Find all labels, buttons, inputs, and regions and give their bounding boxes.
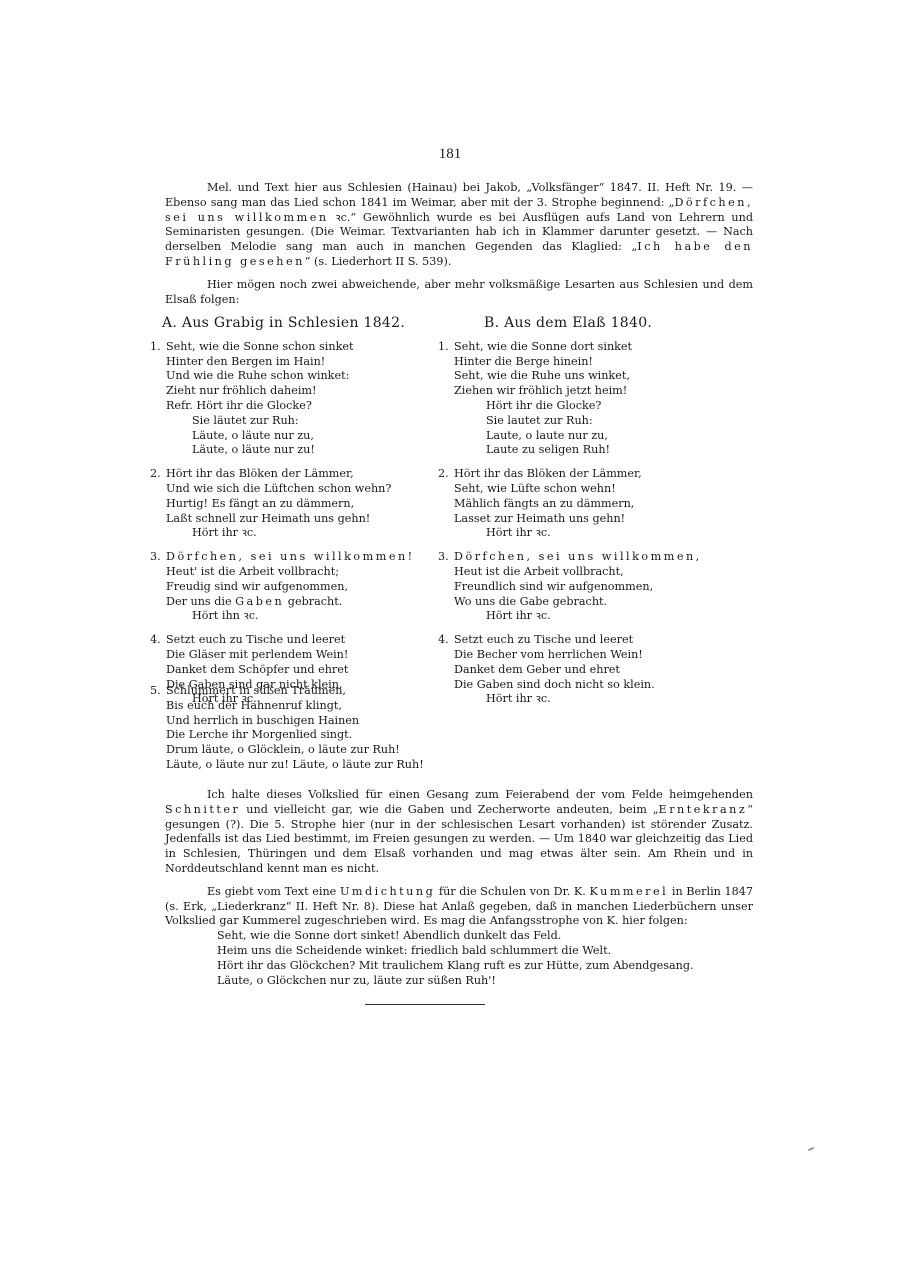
- stanza-b-3: 3.Dörfchen, sei uns willkommen, Heut ist…: [438, 550, 718, 624]
- refrain-line: Hört ihr ꝛc.: [438, 526, 718, 541]
- refrain-line: Läute, o läute nur zu!: [150, 443, 450, 458]
- verse-line: 2.Hört ihr das Blöken der Lämmer,: [150, 467, 450, 482]
- kummerel-verse: Seht, wie die Sonne dort sinket! Abendli…: [165, 929, 753, 988]
- verse-line: Seht, wie Lüfte schon wehn!: [438, 482, 718, 497]
- verse-line: 3.Dörfchen, sei uns willkommen!: [150, 550, 450, 565]
- verse-line: Heut ist die Arbeit vollbracht,: [438, 565, 718, 580]
- verse-line: Läute, o läute nur zu! Läute, o läute zu…: [150, 758, 424, 773]
- verse-line: Laßt schnell zur Heimath uns gehn!: [150, 512, 450, 527]
- page-number: 181: [0, 146, 900, 163]
- verse-line: 4.Setzt euch zu Tische und leeret: [438, 633, 718, 648]
- refrain-line: Laute zu seligen Ruh!: [438, 443, 718, 458]
- verse-line: Ziehen wir fröhlich jetzt heim!: [438, 384, 718, 399]
- verse-line: Die Gläser mit perlendem Wein!: [150, 648, 450, 663]
- outro-section: Ich halte dieses Volkslied für einen Ges…: [165, 788, 753, 988]
- stanza-a-1: 1.Seht, wie die Sonne schon sinket Hinte…: [150, 340, 450, 458]
- verse-line: Lasset zur Heimath uns gehn!: [438, 512, 718, 527]
- verse-line: Hört ihr das Glöckchen? Mit traulichem K…: [217, 959, 753, 974]
- verse-line: Heim uns die Scheidende winket: friedlic…: [217, 944, 753, 959]
- version-b-title: B. Aus dem Elaß 1840.: [438, 316, 718, 331]
- verse-line: Hurtig! Es fängt an zu dämmern,: [150, 497, 450, 512]
- section-divider: [365, 1004, 485, 1005]
- verse-line: Danket dem Geber und ehret: [438, 663, 718, 678]
- verse-line: Und herrlich in buschigen Hainen: [150, 714, 424, 729]
- refrain-line: Laute, o laute nur zu,: [438, 429, 718, 444]
- verse-line: Bis euch der Hahnenruf klingt,: [150, 699, 424, 714]
- verse-line: Seht, wie die Ruhe uns winket,: [438, 369, 718, 384]
- refrain-line: Sie lautet zur Ruh:: [438, 414, 718, 429]
- stanza-b-1: 1.Seht, wie die Sonne dort sinket Hinter…: [438, 340, 718, 458]
- outro-paragraph-1: Ich halte dieses Volkslied für einen Ges…: [165, 788, 753, 877]
- verse-line: 3.Dörfchen, sei uns willkommen,: [438, 550, 718, 565]
- verse-line: 2.Hört ihr das Blöken der Lämmer,: [438, 467, 718, 482]
- refrain-line: Hört ihr ꝛc.: [438, 609, 718, 624]
- refrain-line: Hört ihr die Glocke?: [438, 399, 718, 414]
- verse-line: Wo uns die Gabe gebracht.: [438, 595, 718, 610]
- verse-line: Mählich fängts an zu dämmern,: [438, 497, 718, 512]
- verse-line: Die Becher vom herrlichen Wein!: [438, 648, 718, 663]
- intro-section: Mel. und Text hier aus Schlesien (Hainau…: [165, 181, 753, 307]
- verse-line: Danket dem Schöpfer und ehret: [150, 663, 450, 678]
- refrain-line: Hört ihn ꝛc.: [150, 609, 450, 624]
- version-b-column: B. Aus dem Elaß 1840. 1.Seht, wie die So…: [438, 316, 718, 716]
- refrain-line: Hört ihr ꝛc.: [150, 526, 450, 541]
- refrain-line: Sie läutet zur Ruh:: [150, 414, 450, 429]
- intro-paragraph-2: Hier mögen noch zwei abweichende, aber m…: [165, 278, 753, 308]
- verse-line: Freundlich sind wir aufgenommen,: [438, 580, 718, 595]
- stanza-b-2: 2.Hört ihr das Blöken der Lämmer, Seht, …: [438, 467, 718, 541]
- verse-line: Der uns die Gaben gebracht.: [150, 595, 450, 610]
- verse-line: Seht, wie die Sonne dort sinket! Abendli…: [217, 929, 753, 944]
- verse-line: 1.Seht, wie die Sonne dort sinket: [438, 340, 718, 355]
- stanza-a-5: 5.Schlummert in süßen Träumen, Bis euch …: [150, 684, 424, 773]
- verse-line: Hinter den Bergen im Hain!: [150, 355, 450, 370]
- verse-line: 1.Seht, wie die Sonne schon sinket: [150, 340, 450, 355]
- verse-line: Die Gaben sind doch nicht so klein.: [438, 678, 718, 693]
- stanza-a-2: 2.Hört ihr das Blöken der Lämmer, Und wi…: [150, 467, 450, 541]
- verse-line: Die Lerche ihr Morgenlied singt.: [150, 728, 424, 743]
- verse-line: Und wie die Ruhe schon winket:: [150, 369, 450, 384]
- version-a-title: A. Aus Grabig in Schlesien 1842.: [150, 316, 450, 331]
- verse-line: Hinter die Berge hinein!: [438, 355, 718, 370]
- refrain-line: Hört ihr ꝛc.: [438, 692, 718, 707]
- stanza-a-3: 3.Dörfchen, sei uns willkommen! Heut' is…: [150, 550, 450, 624]
- verse-line: Läute, o Glöckchen nur zu, läute zur süß…: [217, 974, 753, 989]
- verse-line: Und wie sich die Lüftchen schon wehn?: [150, 482, 450, 497]
- verse-line: Drum läute, o Glöcklein, o läute zur Ruh…: [150, 743, 424, 758]
- outro-paragraph-2: Es giebt vom Text eine Umdichtung für di…: [165, 885, 753, 929]
- verse-line: 5.Schlummert in süßen Träumen,: [150, 684, 424, 699]
- scan-mark: [808, 1147, 814, 1151]
- refrain-line: Refr. Hört ihr die Glocke?: [150, 399, 450, 414]
- verse-line: Freudig sind wir aufgenommen,: [150, 580, 450, 595]
- refrain-line: Läute, o läute nur zu,: [150, 429, 450, 444]
- verse-line: Heut' ist die Arbeit vollbracht;: [150, 565, 450, 580]
- verse-line: 4.Setzt euch zu Tische und leeret: [150, 633, 450, 648]
- version-a-column: A. Aus Grabig in Schlesien 1842. 1.Seht,…: [150, 316, 450, 716]
- intro-paragraph-1: Mel. und Text hier aus Schlesien (Hainau…: [165, 181, 753, 270]
- stanza-b-4: 4.Setzt euch zu Tische und leeret Die Be…: [438, 633, 718, 707]
- verse-line: Zieht nur fröhlich daheim!: [150, 384, 450, 399]
